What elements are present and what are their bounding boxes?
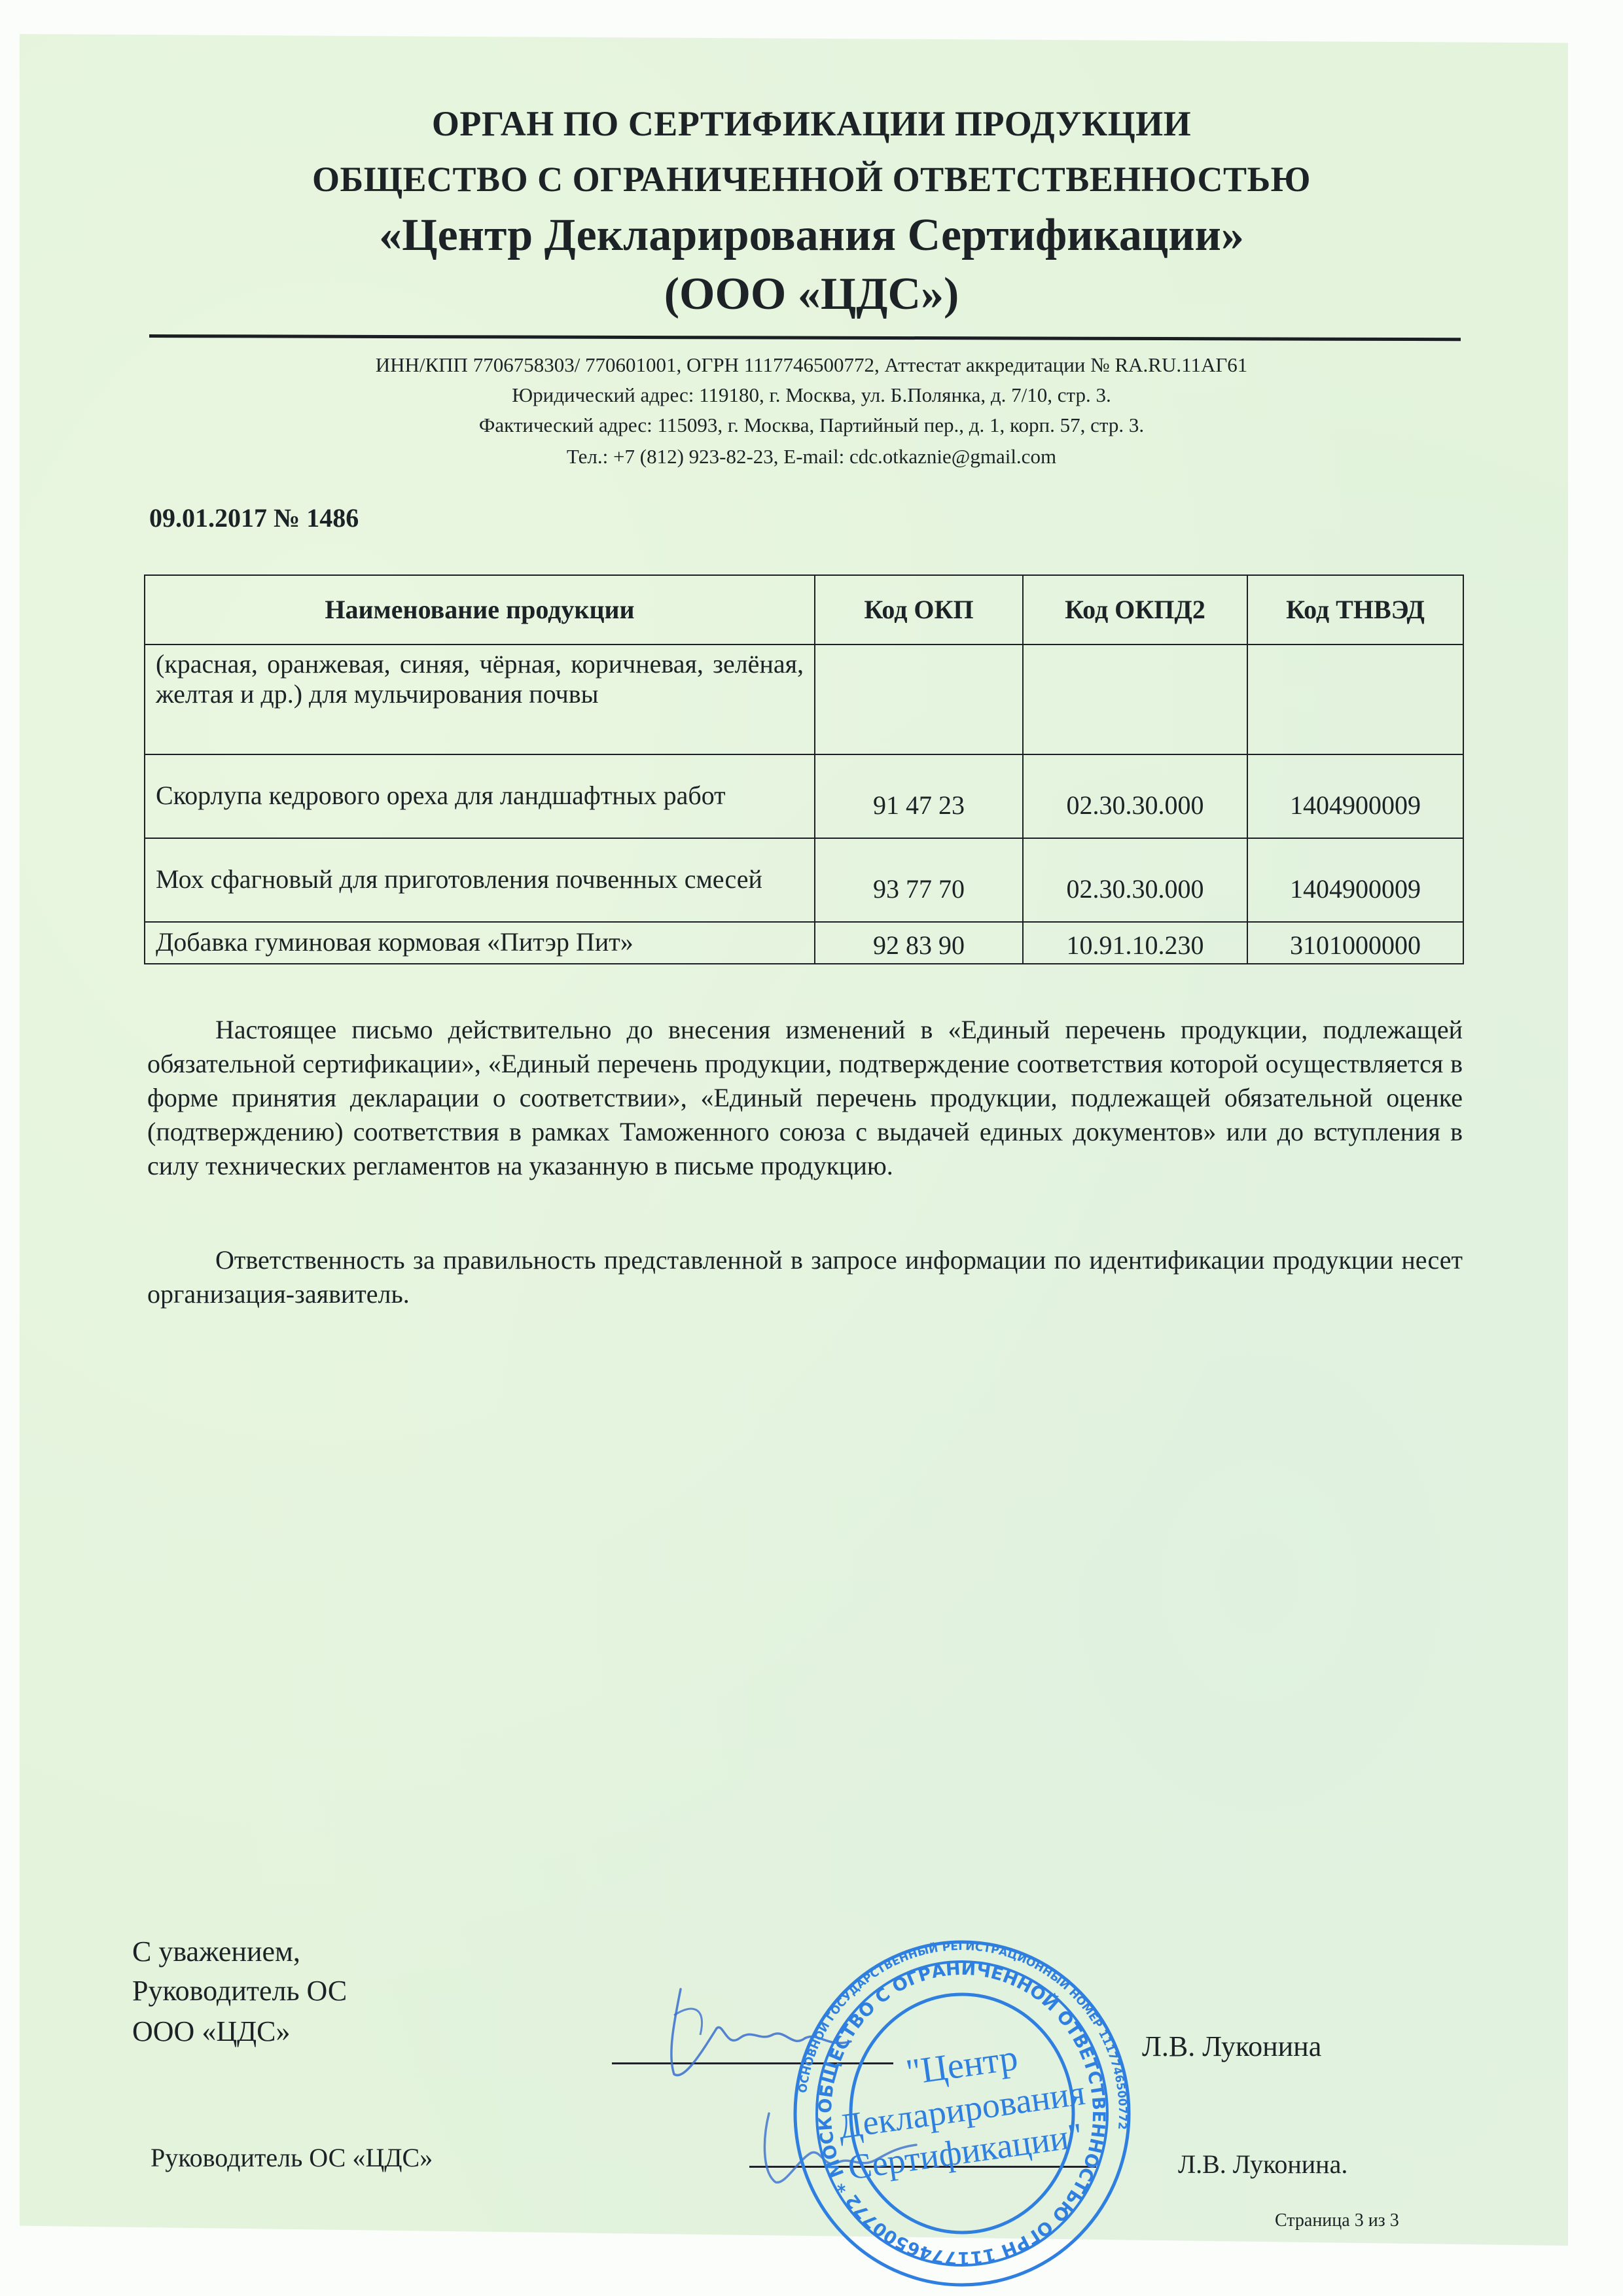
signer-position: Руководитель ОС bbox=[132, 1973, 347, 2009]
header-actual-address: Фактический адрес: 115093, г. Москва, Па… bbox=[0, 414, 1623, 437]
responsibility-paragraph: Ответственность за правильность представ… bbox=[147, 1243, 1463, 1311]
header-line-certification-body: ОРГАН ПО СЕРТИФИКАЦИИ ПРОДУКЦИИ bbox=[0, 103, 1623, 144]
company-stamp-icon: ОСНОВНОЙ ГОСУДАРСТВЕННЫЙ РЕГИСТРАЦИОННЫЙ… bbox=[789, 1937, 1135, 2290]
column-header-okpd2: Код ОКПД2 bbox=[1023, 575, 1247, 645]
table-row: (красная, оранжевая, синяя, чёрная, кори… bbox=[145, 645, 1463, 754]
product-name-cell: Мох сфагновый для приготовления почвенны… bbox=[145, 838, 815, 922]
page-number: Страница 3 из 3 bbox=[1275, 2210, 1399, 2231]
header-line-company-type: ОБЩЕСТВО С ОГРАНИЧЕННОЙ ОТВЕТСТВЕННОСТЬЮ bbox=[0, 159, 1623, 200]
product-name-cell: Скорлупа кедрового ореха для ландшафтных… bbox=[145, 754, 815, 838]
tnved-cell: 1404900009 bbox=[1247, 838, 1463, 922]
column-header-okp: Код ОКП bbox=[815, 575, 1023, 645]
tnved-cell: 3101000000 bbox=[1247, 922, 1463, 964]
closing-phrase: С уважением, bbox=[132, 1934, 300, 1970]
okpd2-cell: 10.91.10.230 bbox=[1023, 922, 1247, 964]
signer-organization: ООО «ЦДС» bbox=[132, 2013, 290, 2050]
header-legal-address: Юридический адрес: 119180, г. Москва, ул… bbox=[0, 383, 1623, 407]
okpd2-cell: 02.30.30.000 bbox=[1023, 838, 1247, 922]
okpd2-cell bbox=[1023, 645, 1247, 754]
product-name-cell: Добавка гуминовая кормовая «Питэр Пит» bbox=[145, 922, 815, 964]
okp-cell: 92 83 90 bbox=[815, 922, 1023, 964]
letter-date-number: 09.01.2017 № 1486 bbox=[149, 503, 359, 533]
signer-name: Л.В. Луконина bbox=[1142, 2028, 1321, 2065]
column-header-product-name: Наименование продукции bbox=[145, 575, 815, 645]
okp-cell: 91 47 23 bbox=[815, 754, 1023, 838]
header-contacts: Тел.: +7 (812) 923-82-23, E-mail: cdc.ot… bbox=[0, 445, 1623, 468]
table-row: Добавка гуминовая кормовая «Питэр Пит» 9… bbox=[145, 922, 1463, 964]
okpd2-cell: 02.30.30.000 bbox=[1023, 754, 1247, 838]
header-company-name: «Центр Декларирования Сертификации» bbox=[0, 209, 1623, 262]
okp-cell: 93 77 70 bbox=[815, 838, 1023, 922]
table-row: Скорлупа кедрового ореха для ландшафтных… bbox=[145, 754, 1463, 838]
table-header-row: Наименование продукции Код ОКП Код ОКПД2… bbox=[145, 575, 1463, 645]
header-registration-info: ИНН/КПП 7706758303/ 770601001, ОГРН 1117… bbox=[0, 353, 1623, 377]
signer-position-footer: Руководитель ОС «ЦДС» bbox=[151, 2140, 433, 2176]
product-name-cell: (красная, оранжевая, синяя, чёрная, кори… bbox=[145, 645, 815, 754]
column-header-tnved: Код ТНВЭД bbox=[1247, 575, 1463, 645]
tnved-cell: 1404900009 bbox=[1247, 754, 1463, 838]
header-company-short-name: (ООО «ЦДС») bbox=[0, 268, 1623, 321]
signer-name-footer: Л.В. Луконина. bbox=[1178, 2146, 1347, 2183]
products-table: Наименование продукции Код ОКП Код ОКПД2… bbox=[144, 574, 1464, 964]
tnved-cell bbox=[1247, 645, 1463, 754]
validity-paragraph: Настоящее письмо действительно до внесен… bbox=[147, 1013, 1463, 1183]
okp-cell bbox=[815, 645, 1023, 754]
table-row: Мох сфагновый для приготовления почвенны… bbox=[145, 838, 1463, 922]
